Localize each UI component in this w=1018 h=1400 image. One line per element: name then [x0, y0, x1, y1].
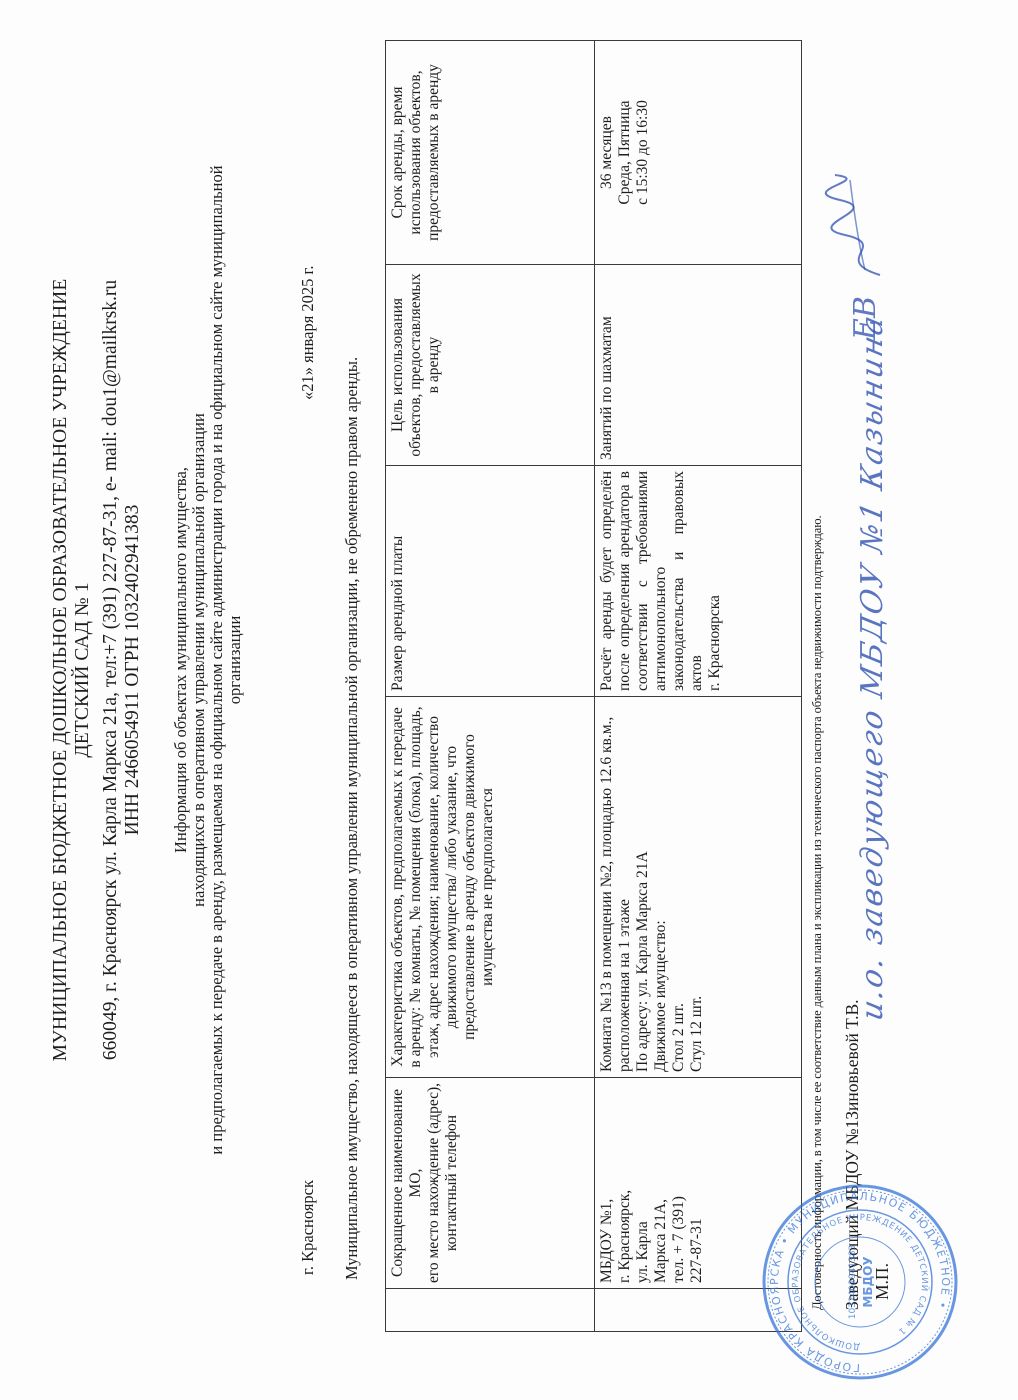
address-phone-email: 660049, г. Красноярск ул. Карла Маркса 2…	[100, 140, 122, 1200]
cell-rent-amount: Расчёт аренды будет определён после опре…	[595, 466, 802, 697]
title-line-2: находящихся в оперативном управлении мун…	[190, 60, 208, 1260]
signature-icon	[820, 170, 900, 280]
title-line-3: и предполагаемых к передаче в аренду, ра…	[208, 60, 226, 1260]
inn-ogrn: ИНН 2466054911 ОГРН 1032402941383	[122, 140, 144, 1200]
city: г. Красноярск	[298, 1180, 318, 1275]
table-header-row: Сокращенное наименование МО, его место н…	[386, 41, 595, 1332]
header-term: Срок аренды, время использования объекто…	[386, 41, 595, 265]
organization-name: МУНИЦИПАЛЬНОЕ БЮДЖЕТНОЕ ДОШКОЛЬНОЕ ОБРАЗ…	[50, 170, 94, 1170]
cell-characteristics: Комната №13 в помещении №2, площадью 12.…	[595, 697, 802, 1078]
header-organization: Сокращенное наименование МО, его место н…	[386, 1078, 595, 1289]
cell-term: 36 месяцев Среда, Пятница с 15:30 до 16:…	[595, 41, 802, 265]
header-purpose: Цель использования объектов, предоставля…	[386, 265, 595, 466]
cell-purpose: Занятий по шахматам	[595, 265, 802, 466]
title-line-1: Информация об объектах муниципального им…	[172, 60, 190, 1260]
document-page: МУНИЦИПАЛЬНОЕ БЮДЖЕТНОЕ ДОШКОЛЬНОЕ ОБРАЗ…	[0, 0, 1018, 1400]
official-stamp-icon: ГОРОДА КРАСНОЯРСКА • МУНИЦИПАЛЬНОЕ БЮДЖЕ…	[760, 1182, 960, 1382]
document-date: «21» января 2025 г.	[298, 265, 318, 400]
header-empty	[386, 1289, 595, 1332]
stamp-center: МБДОУ	[861, 1256, 875, 1307]
handwritten-note: и.о. заведующего МБДОУ №1 Казынина	[855, 311, 890, 1024]
document-title: Информация об объектах муниципального им…	[172, 60, 244, 1260]
header-characteristics: Характеристика объектов, предполагаемых …	[386, 697, 595, 1078]
title-line-4: организации	[226, 60, 244, 1260]
header-rent-amount: Размер арендной платы	[386, 466, 595, 697]
handwritten-initials: ЕВ	[848, 296, 883, 340]
org-name-line-2: ДЕТСКИЙ САД № 1	[72, 170, 94, 1170]
property-table: Сокращенное наименование МО, его место н…	[385, 40, 802, 1332]
encumbrance-statement: Муниципальное имущество, находящееся в о…	[342, 357, 362, 1280]
org-name-line-1: МУНИЦИПАЛЬНОЕ БЮДЖЕТНОЕ ДОШКОЛЬНОЕ ОБРАЗ…	[50, 170, 72, 1170]
organization-contacts: 660049, г. Красноярск ул. Карла Маркса 2…	[100, 140, 144, 1200]
stamp-ogrn: 1032402941383	[848, 1245, 858, 1319]
table-row: МБДОУ №1, г. Красноярск, ул. Карла Маркс…	[595, 41, 802, 1332]
